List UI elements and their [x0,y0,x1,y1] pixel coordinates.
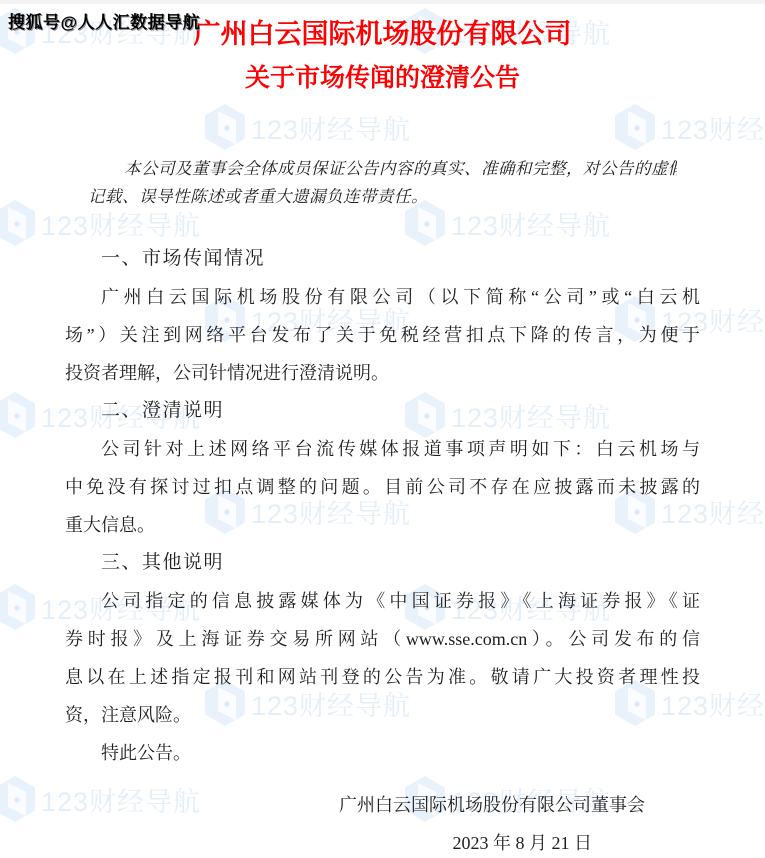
announcement-document: 广州白云国际机场股份有限公司 关于市场传闻的澄清公告 本公司及董事会全体成员保证… [0,0,765,858]
document-title-subject: 关于市场传闻的澄清公告 [65,58,700,98]
text-line: 中免没有探讨过扣点调整的问题。目前公司不存在应披露而未披露的 [65,468,700,506]
signature-board: 广州白云国际机场股份有限公司董事会 [65,786,700,824]
section-other-notes: 三、其他说明 公司指定的信息披露媒体为《中国证券报》《上海证券报》《证券时报》及… [65,544,700,734]
section-paragraph: 公司针对上述网络平台流传媒体报道事项声明如下：白云机场与中免没有探讨过扣点调整的… [65,430,700,544]
top-edge-strip [0,0,765,4]
section-heading: 三、其他说明 [65,544,700,582]
section-heading: 二、澄清说明 [65,392,700,430]
announcement-date: 2023 年 8 月 21 日 [65,824,700,858]
text-line: 广州白云国际机场股份有限公司（以下简称“公司”或“白云机 [65,278,700,316]
page: { "page": { "top_strip_color": "#f2f2f2"… [0,0,765,858]
section-heading: 一、市场传闻情况 [65,240,700,278]
section-clarification: 二、澄清说明 公司针对上述网络平台流传媒体报道事项声明如下：白云机场与中免没有探… [65,392,700,544]
section-paragraph: 广州白云国际机场股份有限公司（以下简称“公司”或“白云机场”）关注到网络平台发布… [65,278,700,392]
section-market-rumor: 一、市场传闻情况 广州白云国际机场股份有限公司（以下简称“公司”或“白云机场”）… [65,240,700,392]
text-line: 公司针对上述网络平台流传媒体报道事项声明如下：白云机场与 [65,430,700,468]
closing-statement: 特此公告。 [65,734,700,772]
text-line: 券时报》及上海证券交易所网站（www.sse.com.cn）。公司发布的信 [65,620,700,658]
board-commitment-paragraph: 本公司及董事会全体成员保证公告内容的真实、准确和完整，对公告的虚假记载、误导性陈… [88,155,677,211]
sohu-source-label: 搜狐号@人人汇数据导航 [8,8,200,33]
text-line: 场”）关注到网络平台发布了关于免税经营扣点下降的传言，为便于 [65,316,700,354]
text-line: 息以在上述指定报刊和网站刊登的公告为准。敬请广大投资者理性投 [65,658,700,696]
text-line: 资，注意风险。 [65,696,700,734]
section-paragraph: 公司指定的信息披露媒体为《中国证券报》《上海证券报》《证券时报》及上海证券交易所… [65,582,700,734]
text-line: 本公司及董事会全体成员保证公告内容的真实、准确和完整，对公告的虚假 [88,155,677,183]
text-line: 重大信息。 [65,506,700,544]
text-line: 记载、误导性陈述或者重大遗漏负连带责任。 [88,183,677,211]
text-line: 投资者理解，公司针情况进行澄清说明。 [65,354,700,392]
text-line: 公司指定的信息披露媒体为《中国证券报》《上海证券报》《证 [65,582,700,620]
